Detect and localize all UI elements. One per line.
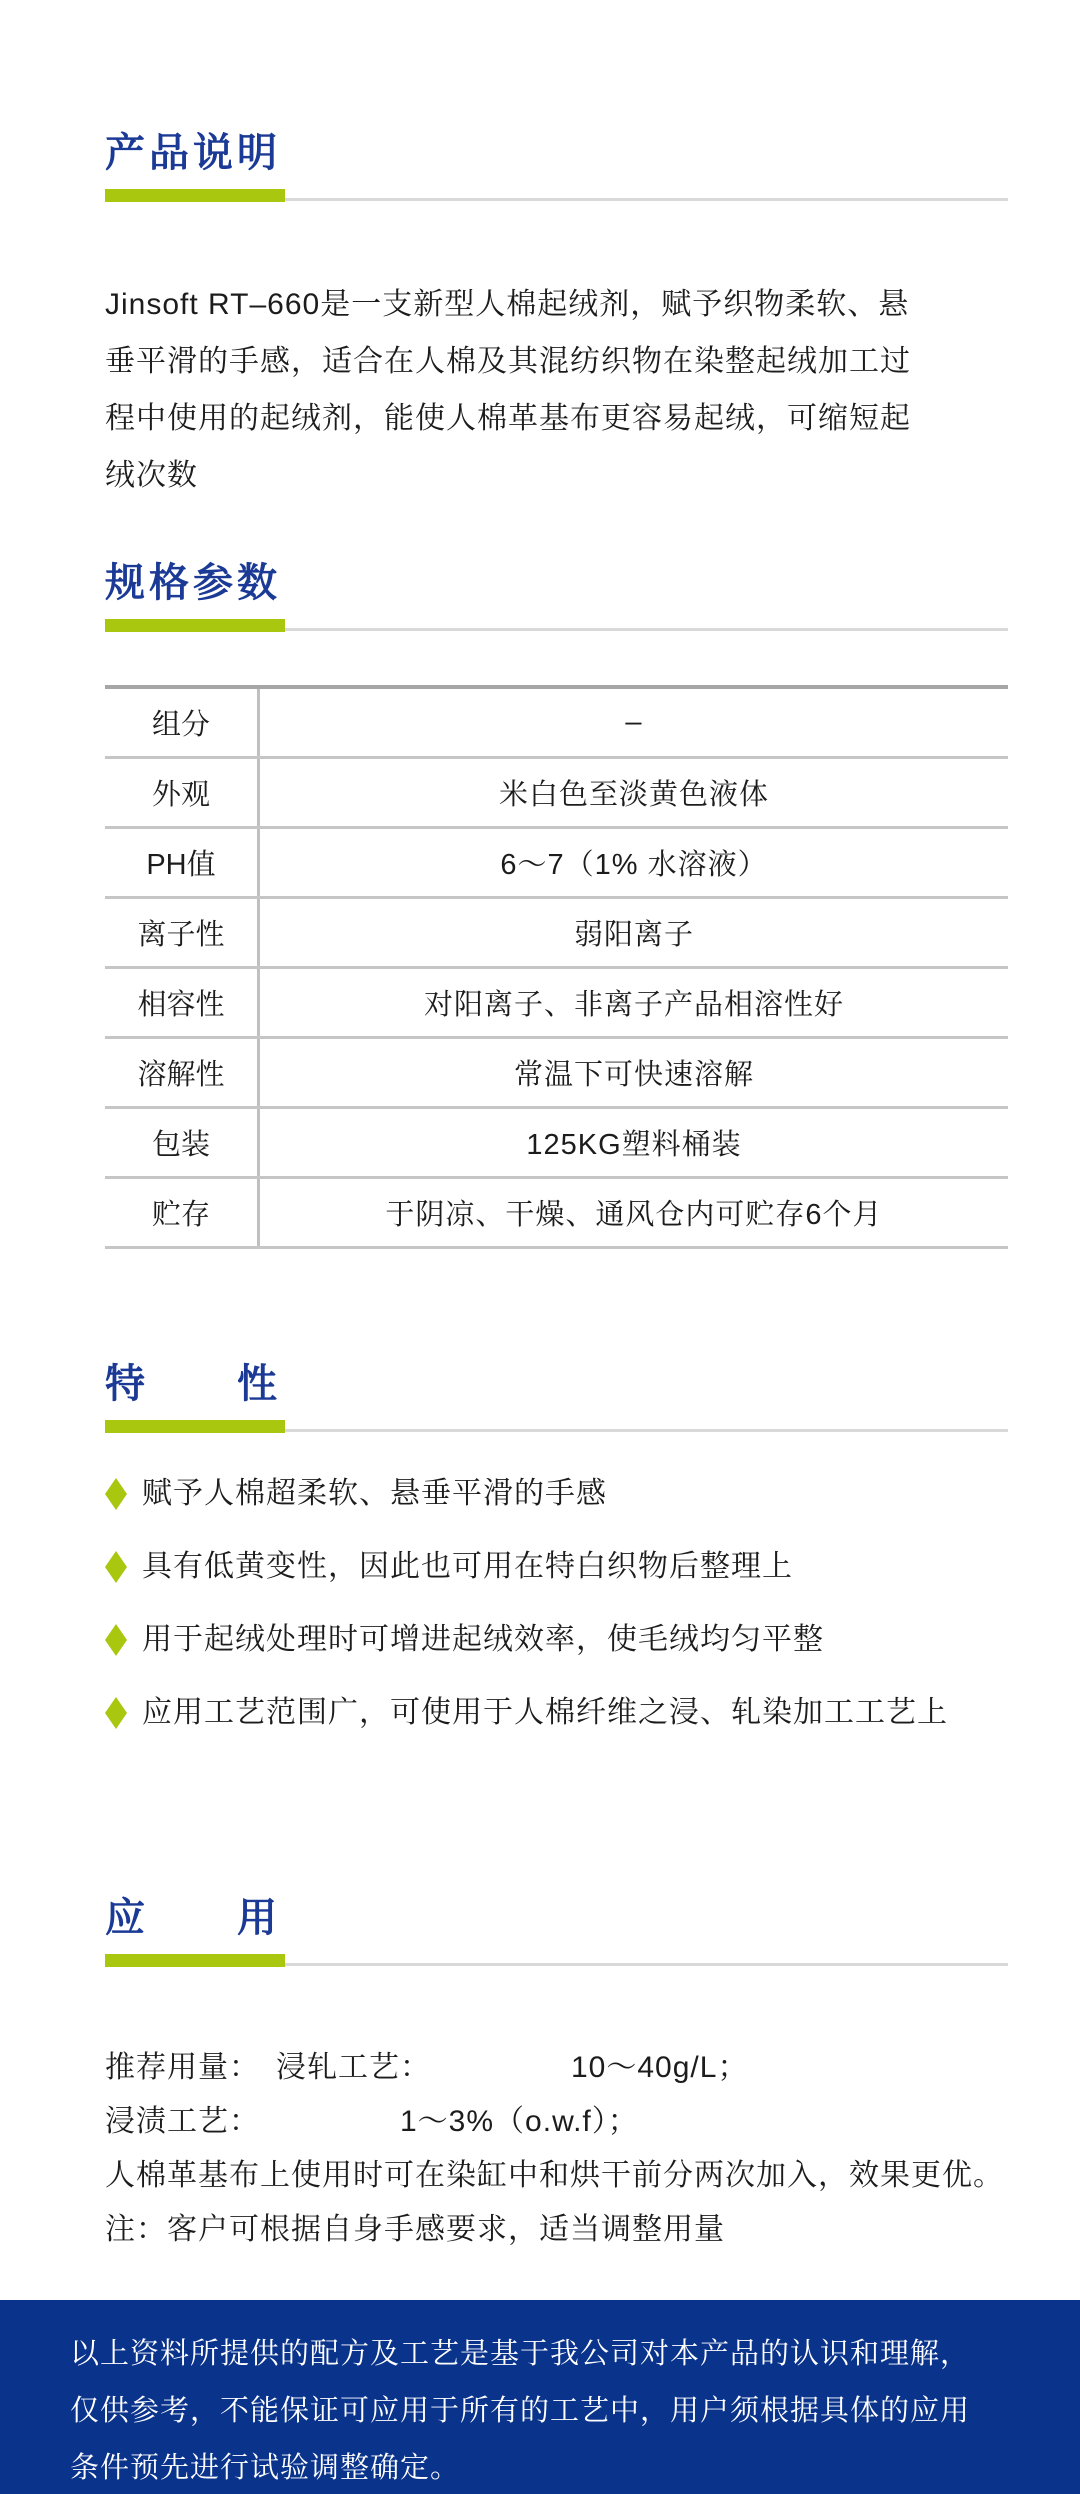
spec-value: 6～7（1% 水溶液） [260, 829, 1008, 896]
title-underline-description [105, 189, 1008, 202]
description-line: 绒次数 [105, 447, 1008, 504]
application-line: 人棉革基布上使用时可在染缸中和烘干前分两次加入，效果更优。 [105, 2149, 1008, 2203]
section-title-features: 特 性 [105, 1362, 1008, 1406]
spec-value: 对阳离子、非离子产品相溶性好 [260, 969, 1008, 1036]
section-title-specs: 规格参数 [105, 561, 1008, 605]
table-row: 贮存 于阴凉、干燥、通风仓内可贮存6个月 [105, 1179, 1008, 1249]
accent-bar [105, 189, 285, 202]
application-line: 推荐用量： 浸轧工艺： 10～40g/L； [105, 2041, 1008, 2095]
diamond-bullet-icon [105, 1697, 127, 1729]
application-line: 注：客户可根据自身手感要求，适当调整用量 [105, 2203, 1008, 2257]
accent-bar [105, 1420, 285, 1433]
spec-value: 弱阳离子 [260, 899, 1008, 966]
diamond-bullet-icon [105, 1478, 127, 1510]
feature-text: 赋予人棉超柔软、悬垂平滑的手感 [142, 1477, 607, 1511]
spec-value: 125KG塑料桶装 [260, 1109, 1008, 1176]
spec-label: 离子性 [105, 899, 260, 966]
application-text: 推荐用量： 浸轧工艺： 10～40g/L； 浸渍工艺： 1～3%（o.w.f）；… [105, 2041, 1008, 2257]
spec-label: 溶解性 [105, 1039, 260, 1106]
table-row: 组分 – [105, 689, 1008, 759]
table-row: 包装 125KG塑料桶装 [105, 1109, 1008, 1179]
description-line: 程中使用的起绒剂，能使人棉革基布更容易起绒，可缩短起 [105, 390, 1008, 447]
page-content: 产品说明 Jinsoft RT–660是一支新型人棉起绒剂，赋予织物柔软、悬 垂… [0, 131, 1080, 2257]
spec-label: 相容性 [105, 969, 260, 1036]
spec-label: 贮存 [105, 1179, 260, 1246]
list-item: 具有低黄变性，因此也可用在特白织物后整理上 [105, 1550, 1008, 1584]
disclaimer-line: 条件预先进行试验调整确定。 [70, 2440, 1010, 2494]
section-description: 产品说明 Jinsoft RT–660是一支新型人棉起绒剂，赋予织物柔软、悬 垂… [105, 131, 1008, 504]
table-row: 外观 米白色至淡黄色液体 [105, 759, 1008, 829]
spec-label: 外观 [105, 759, 260, 826]
divider-line [285, 1429, 1008, 1432]
list-item: 用于起绒处理时可增进起绒效率，使毛绒均匀平整 [105, 1623, 1008, 1657]
table-row: 溶解性 常温下可快速溶解 [105, 1039, 1008, 1109]
list-item: 赋予人棉超柔软、悬垂平滑的手感 [105, 1477, 1008, 1511]
title-underline-application [105, 1954, 1008, 1967]
description-line: Jinsoft RT–660是一支新型人棉起绒剂，赋予织物柔软、悬 [105, 276, 1008, 333]
divider-line [285, 198, 1008, 201]
section-title-description: 产品说明 [105, 131, 1008, 175]
disclaimer-footer: 以上资料所提供的配方及工艺是基于我公司对本产品的认识和理解， 仅供参考，不能保证… [0, 2300, 1080, 2494]
section-features: 特 性 赋予人棉超柔软、悬垂平滑的手感 具有低黄变性，因此也可用在特白织物后整理… [105, 1362, 1008, 1730]
title-underline-specs [105, 619, 1008, 632]
feature-text: 用于起绒处理时可增进起绒效率，使毛绒均匀平整 [142, 1623, 824, 1657]
title-underline-features [105, 1420, 1008, 1433]
spec-value: 于阴凉、干燥、通风仓内可贮存6个月 [260, 1179, 1008, 1246]
accent-bar [105, 619, 285, 632]
feature-list: 赋予人棉超柔软、悬垂平滑的手感 具有低黄变性，因此也可用在特白织物后整理上 用于… [105, 1477, 1008, 1730]
list-item: 应用工艺范围广，可使用于人棉纤维之浸、轧染加工工艺上 [105, 1696, 1008, 1730]
application-line: 浸渍工艺： 1～3%（o.w.f）； [105, 2095, 1008, 2149]
description-line: 垂平滑的手感，适合在人棉及其混纺织物在染整起绒加工过 [105, 333, 1008, 390]
divider-line [285, 1963, 1008, 1966]
spec-table: 组分 – 外观 米白色至淡黄色液体 PH值 6～7（1% 水溶液） 离子性 弱阳… [105, 685, 1008, 1249]
table-row: PH值 6～7（1% 水溶液） [105, 829, 1008, 899]
section-application: 应 用 推荐用量： 浸轧工艺： 10～40g/L； 浸渍工艺： 1～3%（o.w… [105, 1896, 1008, 2257]
spec-value: – [260, 689, 1008, 756]
disclaimer-line: 仅供参考，不能保证可应用于所有的工艺中，用户须根据具体的应用 [70, 2383, 1010, 2440]
diamond-bullet-icon [105, 1551, 127, 1583]
spec-value: 常温下可快速溶解 [260, 1039, 1008, 1106]
section-specs: 规格参数 组分 – 外观 米白色至淡黄色液体 PH值 6～7（1% 水溶液） [105, 561, 1008, 1249]
diamond-bullet-icon [105, 1624, 127, 1656]
feature-text: 具有低黄变性，因此也可用在特白织物后整理上 [142, 1550, 793, 1584]
accent-bar [105, 1954, 285, 1967]
feature-text: 应用工艺范围广，可使用于人棉纤维之浸、轧染加工工艺上 [142, 1696, 948, 1730]
description-paragraph: Jinsoft RT–660是一支新型人棉起绒剂，赋予织物柔软、悬 垂平滑的手感… [105, 276, 1008, 504]
section-title-application: 应 用 [105, 1896, 1008, 1940]
spec-value: 米白色至淡黄色液体 [260, 759, 1008, 826]
product-datasheet-page: 产品说明 Jinsoft RT–660是一支新型人棉起绒剂，赋予织物柔软、悬 垂… [0, 0, 1080, 2494]
spec-label: 包装 [105, 1109, 260, 1176]
spec-label: 组分 [105, 689, 260, 756]
disclaimer-line: 以上资料所提供的配方及工艺是基于我公司对本产品的认识和理解， [70, 2326, 1010, 2383]
spec-label: PH值 [105, 829, 260, 896]
divider-line [285, 628, 1008, 631]
table-row: 相容性 对阳离子、非离子产品相溶性好 [105, 969, 1008, 1039]
table-row: 离子性 弱阳离子 [105, 899, 1008, 969]
